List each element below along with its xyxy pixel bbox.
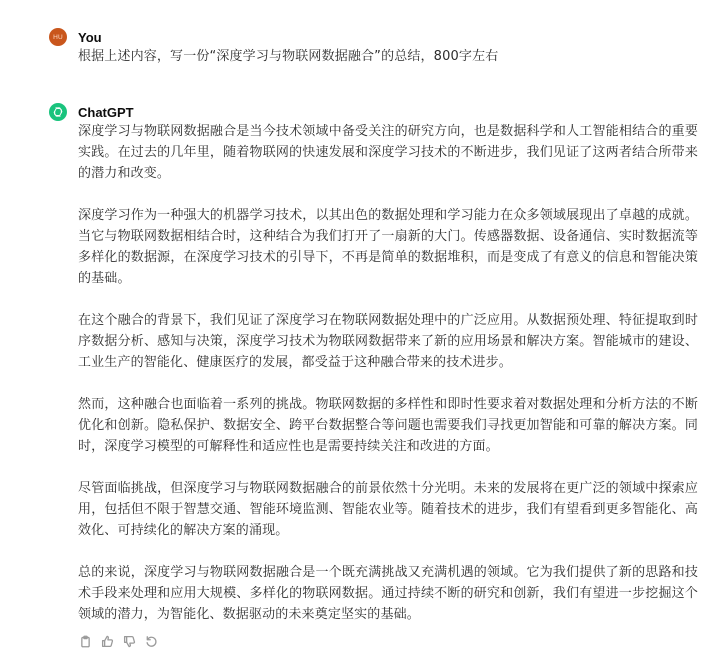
message-actions	[78, 634, 699, 648]
user-turn-header: HU You	[49, 28, 699, 46]
user-author-name: You	[78, 30, 102, 45]
clipboard-icon	[79, 635, 92, 648]
copy-button[interactable]	[78, 634, 92, 648]
thumbs-down-icon	[123, 635, 136, 648]
user-message-text: 根据上述内容，写一份“深度学习与物联网数据融合”的总结，800字左右	[78, 46, 699, 67]
assistant-message-turn: ChatGPT 深度学习与物联网数据融合是当今技术领域中备受关注的研究方向，也是…	[49, 103, 699, 648]
assistant-author-name: ChatGPT	[78, 105, 134, 120]
response-paragraph: 总的来说，深度学习与物联网数据融合是一个既充满挑战又充满机遇的领域。它为我们提供…	[78, 562, 698, 625]
thumbs-down-button[interactable]	[122, 634, 136, 648]
thumbs-up-icon	[101, 635, 114, 648]
response-paragraph: 深度学习作为一种强大的机器学习技术，以其出色的数据处理和学习能力在众多领域展现出…	[78, 205, 698, 289]
assistant-turn-header: ChatGPT	[49, 103, 699, 121]
regenerate-icon	[145, 635, 158, 648]
user-message-turn: HU You 根据上述内容，写一份“深度学习与物联网数据融合”的总结，800字左…	[49, 28, 699, 67]
response-paragraph: 尽管面临挑战，但深度学习与物联网数据融合的前景依然十分光明。未来的发展将在更广泛…	[78, 478, 698, 541]
regenerate-button[interactable]	[144, 634, 158, 648]
assistant-avatar	[49, 103, 67, 121]
response-paragraph: 深度学习与物联网数据融合是当今技术领域中备受关注的研究方向，也是数据科学和人工智…	[78, 121, 698, 184]
user-avatar: HU	[49, 28, 67, 46]
response-paragraph: 在这个融合的背景下，我们见证了深度学习在物联网数据处理中的广泛应用。从数据预处理…	[78, 310, 698, 373]
assistant-message-body: 深度学习与物联网数据融合是当今技术领域中备受关注的研究方向，也是数据科学和人工智…	[78, 121, 698, 625]
thumbs-up-button[interactable]	[100, 634, 114, 648]
openai-logo-icon	[52, 106, 64, 118]
response-paragraph: 然而，这种融合也面临着一系列的挑战。物联网数据的多样性和即时性要求着对数据处理和…	[78, 394, 698, 457]
